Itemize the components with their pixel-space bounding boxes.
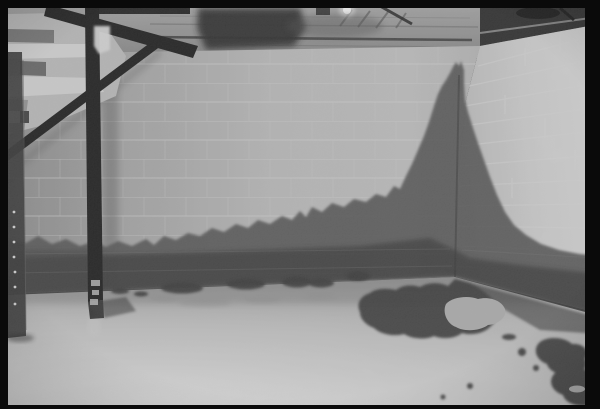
frame-border-right — [585, 0, 600, 409]
frame-border-top — [0, 0, 600, 8]
frame-border-bottom — [0, 405, 600, 409]
photo-canvas — [0, 0, 600, 409]
basement-photograph — [0, 0, 600, 409]
frame-border-left — [0, 0, 8, 409]
vignette-overlay — [0, 0, 600, 409]
